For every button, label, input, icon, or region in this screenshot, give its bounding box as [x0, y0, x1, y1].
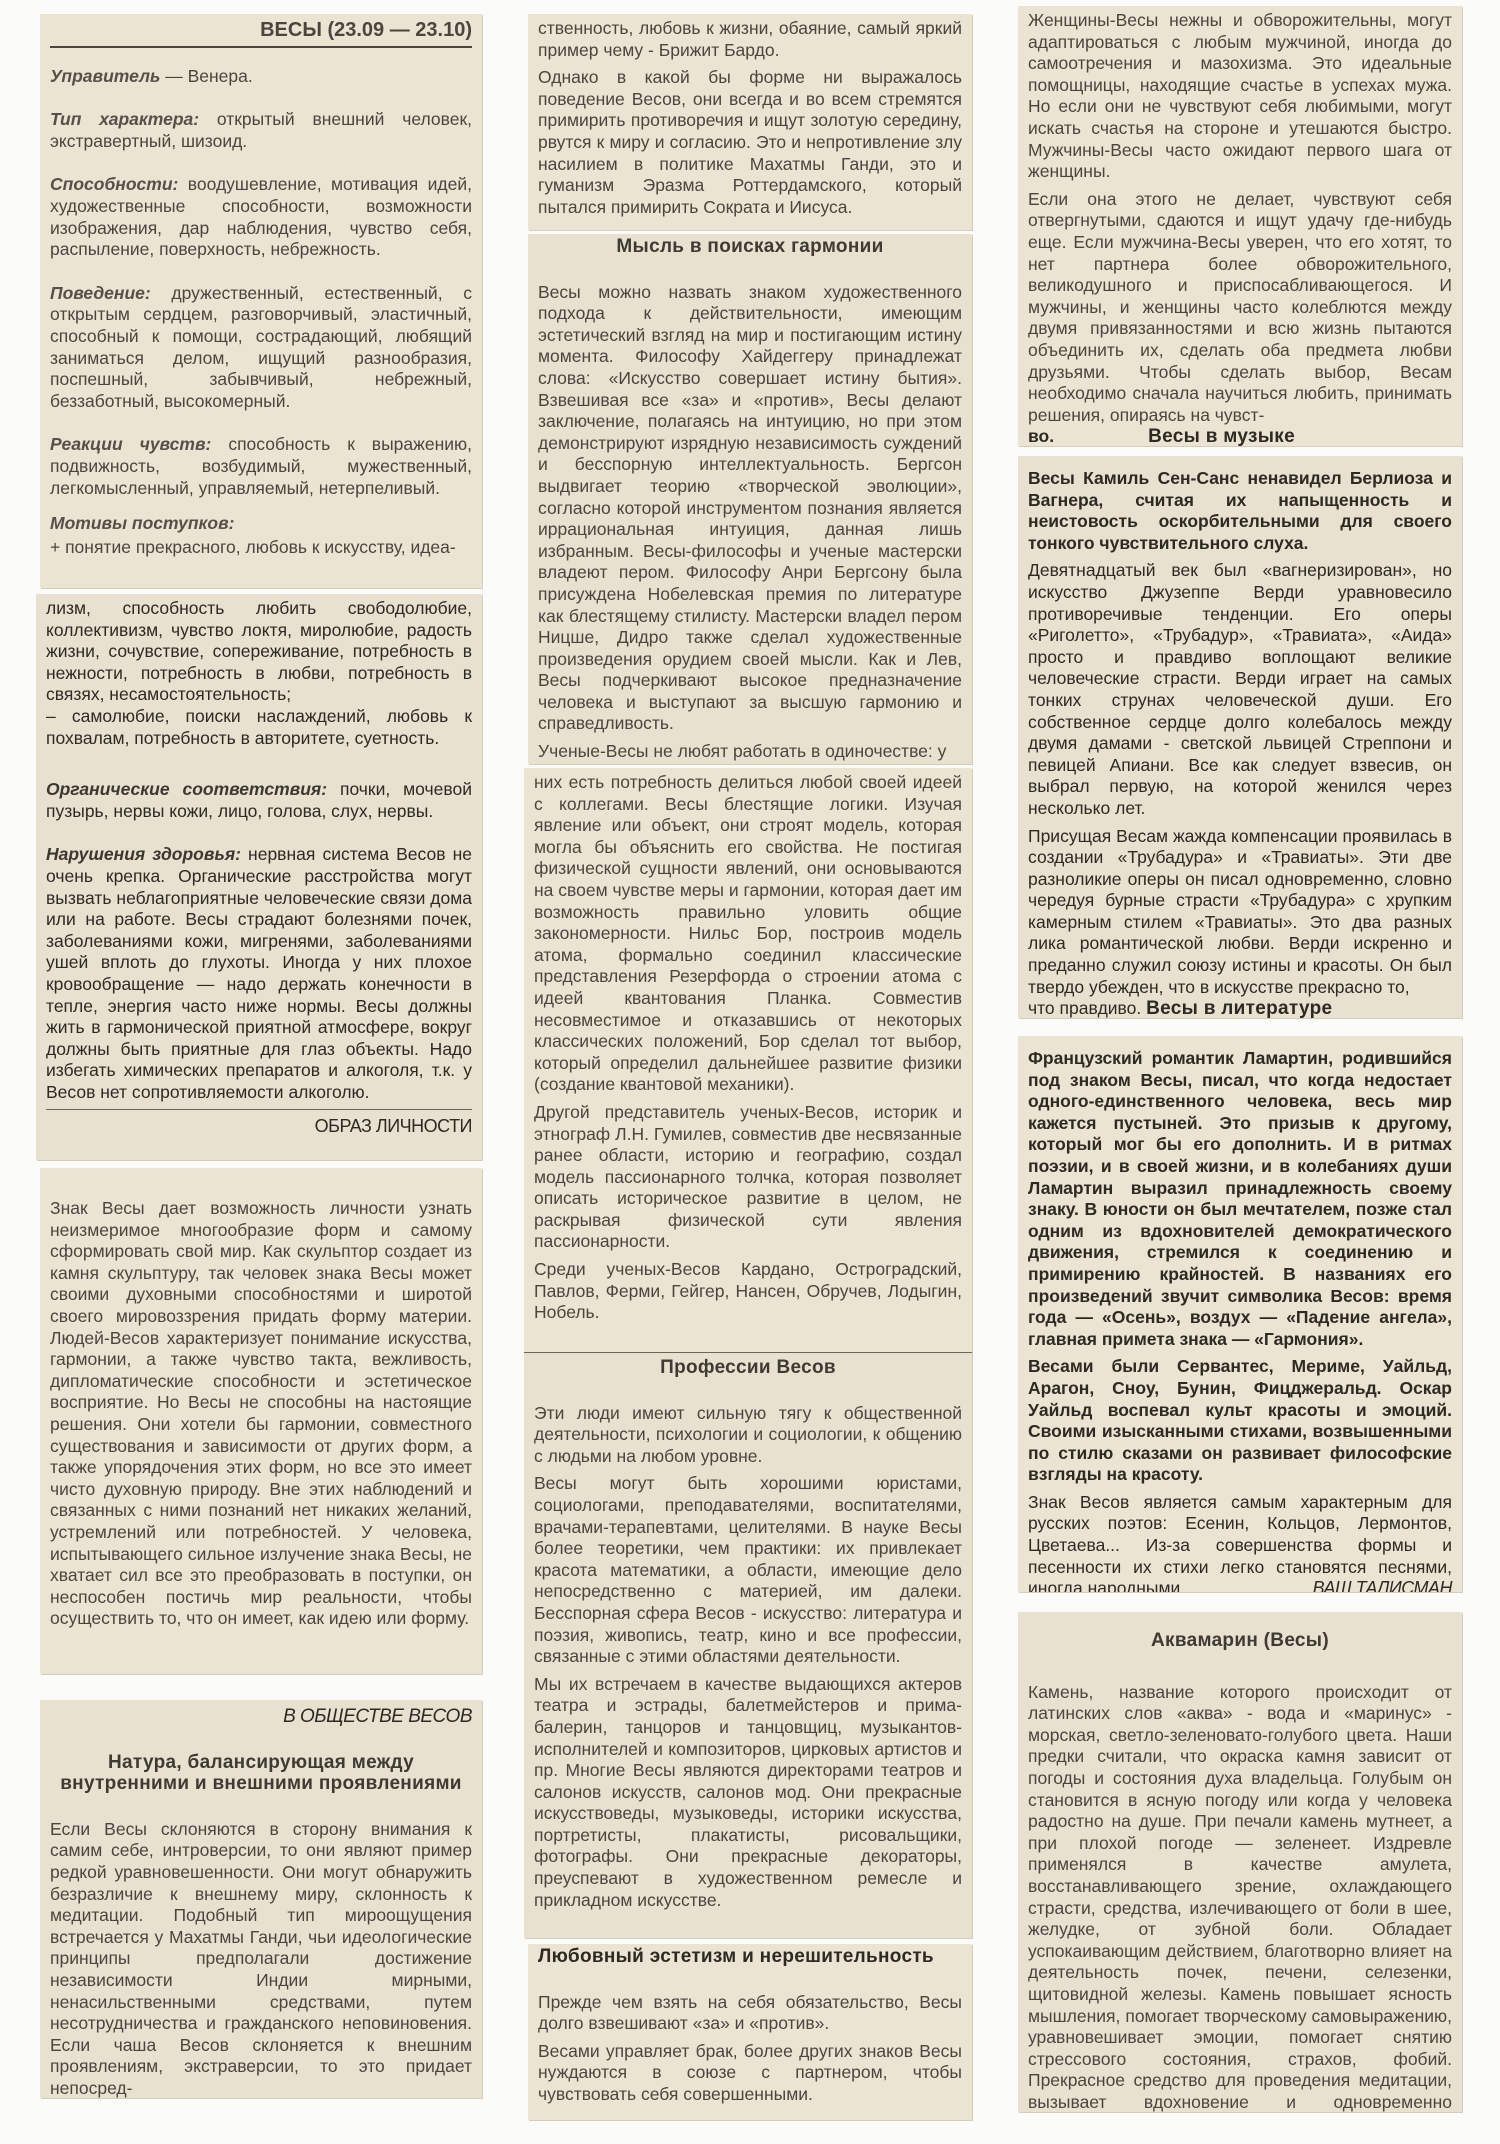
- society-cont-p1: ственность, любовь к жизни, обаяние, сам…: [538, 18, 962, 61]
- clipping-sign-profile: ВЕСЫ (23.09 — 23.10) Управитель — Венера…: [40, 14, 482, 588]
- harmony-p2-cont: них есть потребность делиться любой свое…: [534, 772, 962, 1096]
- clipping-professions: Профессии Весов Эти люди имеют сильную т…: [524, 1352, 972, 1938]
- music-p2: Девятнадцатый век был «вагнеризирован», …: [1028, 560, 1452, 819]
- society-title: Натура, балансирующая между внутренними …: [50, 1752, 472, 1795]
- clipping-aquamarine: Аквамарин (Весы) Камень, название которо…: [1018, 1612, 1462, 2112]
- music-p1: Весы Камиль Сен-Санс ненавидел Берлиоза …: [1028, 468, 1452, 554]
- harmony-p1: Весы можно назвать знаком художественног…: [538, 282, 962, 735]
- rubric-personality: ОБРАЗ ЛИЧНОСТИ: [46, 1116, 472, 1138]
- profile-motives-minus: – самолюбие, поиски наслаждений, любовь …: [46, 706, 472, 749]
- professions-p3: Мы их встречаем в качестве выдающихся ак…: [534, 1674, 962, 1912]
- literature-p2: Весами были Сервантес, Мериме, Уайльд, А…: [1028, 1356, 1452, 1486]
- love-title: Любовный эстетизм и нерешительность: [538, 1946, 962, 1968]
- clipping-harmony: Мысль в поисках гармонии Весы можно назв…: [528, 234, 972, 764]
- profile-abilities: Способности: воодушевление, мотивация ид…: [50, 174, 472, 260]
- harmony-p3: Другой представитель ученых-Весов, истор…: [534, 1102, 962, 1253]
- clipping-music: Весы Камиль Сен-Санс ненавидел Берлиоза …: [1018, 456, 1462, 1018]
- clipping-harmony-continued: них есть потребность делиться любой свое…: [524, 768, 972, 1356]
- sign-header: ВЕСЫ (23.09 — 23.10): [50, 20, 472, 48]
- literature-p3: Знак Весов является самым характерным дл…: [1028, 1492, 1452, 1592]
- clipping-personality: Знак Весы дает возможность личности узна…: [40, 1168, 482, 1674]
- music-p3-end: что правдиво. Весы в литературе: [1028, 998, 1452, 1018]
- society-cont-p2: Однако в какой бы форме ни выражалось по…: [538, 67, 962, 218]
- harmony-p2-start: Ученые-Весы не любят работать в одиночес…: [538, 741, 962, 763]
- personality-text: Знак Весы дает возможность личности узна…: [50, 1198, 472, 1630]
- music-title: Весы в музыке: [1148, 426, 1295, 446]
- music-p3: Присущая Весам жажда компенсации проявил…: [1028, 826, 1452, 999]
- love-p2: Весами управляет брак, более других знак…: [538, 2041, 962, 2106]
- literature-p1: Французский романтик Ламартин, родившийс…: [1028, 1048, 1452, 1350]
- profile-organs: Органические соответствия: почки, мочево…: [46, 779, 472, 822]
- profile-ruler: Управитель — Венера.: [50, 66, 472, 88]
- profile-motives-plus-cont: лизм, способность любить свободолюбие, к…: [46, 598, 472, 706]
- profile-motives-plus-start: + понятие прекрасного, любовь к искусств…: [50, 537, 472, 559]
- profile-type: Тип характера: открытый внешний человек,…: [50, 109, 472, 152]
- clipping-motives-health: лизм, способность любить свободолюбие, к…: [36, 594, 482, 1160]
- clipping-society-continued: ственность, любовь к жизни, обаяние, сам…: [528, 14, 972, 230]
- professions-title: Профессии Весов: [534, 1357, 962, 1379]
- love-cont-p2-end: во. Весы в музыке: [1028, 426, 1452, 446]
- clipping-love: Любовный эстетизм и нерешительность Преж…: [528, 1944, 972, 2120]
- clipping-society: В ОБЩЕСТВЕ ВЕСОВ Натура, балансирующая м…: [40, 1700, 482, 2098]
- clipping-literature: Французский романтик Ламартин, родившийс…: [1018, 1036, 1462, 1592]
- harmony-p4: Среди ученых-Весов Кардано, Остроградски…: [534, 1259, 962, 1324]
- profile-reactions: Реакции чувств: способность к выражению,…: [50, 434, 472, 499]
- aquamarine-text: Камень, название которого происходит от …: [1028, 1682, 1452, 2112]
- love-cont-p2: Если она этого не делает, чувствуют себя…: [1028, 189, 1452, 427]
- profile-behavior: Поведение: дружественный, естественный, …: [50, 283, 472, 413]
- harmony-title: Мысль в поисках гармонии: [538, 236, 962, 258]
- literature-title: Весы в литературе: [1146, 998, 1332, 1018]
- professions-p1: Эти люди имеют сильную тягу к общественн…: [534, 1403, 962, 1468]
- professions-p2: Весы могут быть хорошими юристами, социо…: [534, 1473, 962, 1667]
- love-p1: Прежде чем взять на себя обязательство, …: [538, 1992, 962, 2035]
- rubric-society: В ОБЩЕСТВЕ ВЕСОВ: [50, 1706, 472, 1728]
- profile-motives-label: Мотивы поступков:: [50, 513, 472, 535]
- society-text: Если Весы склоняются в сторону внимания …: [50, 1819, 472, 2098]
- profile-health: Нарушения здоровья: нервная система Весо…: [46, 844, 472, 1103]
- aquamarine-title: Аквамарин (Весы): [1028, 1630, 1452, 1652]
- clipping-love-continued: Женщины-Весы нежны и обворожительны, мог…: [1018, 6, 1462, 446]
- love-cont-p1: Женщины-Весы нежны и обворожительны, мог…: [1028, 10, 1452, 183]
